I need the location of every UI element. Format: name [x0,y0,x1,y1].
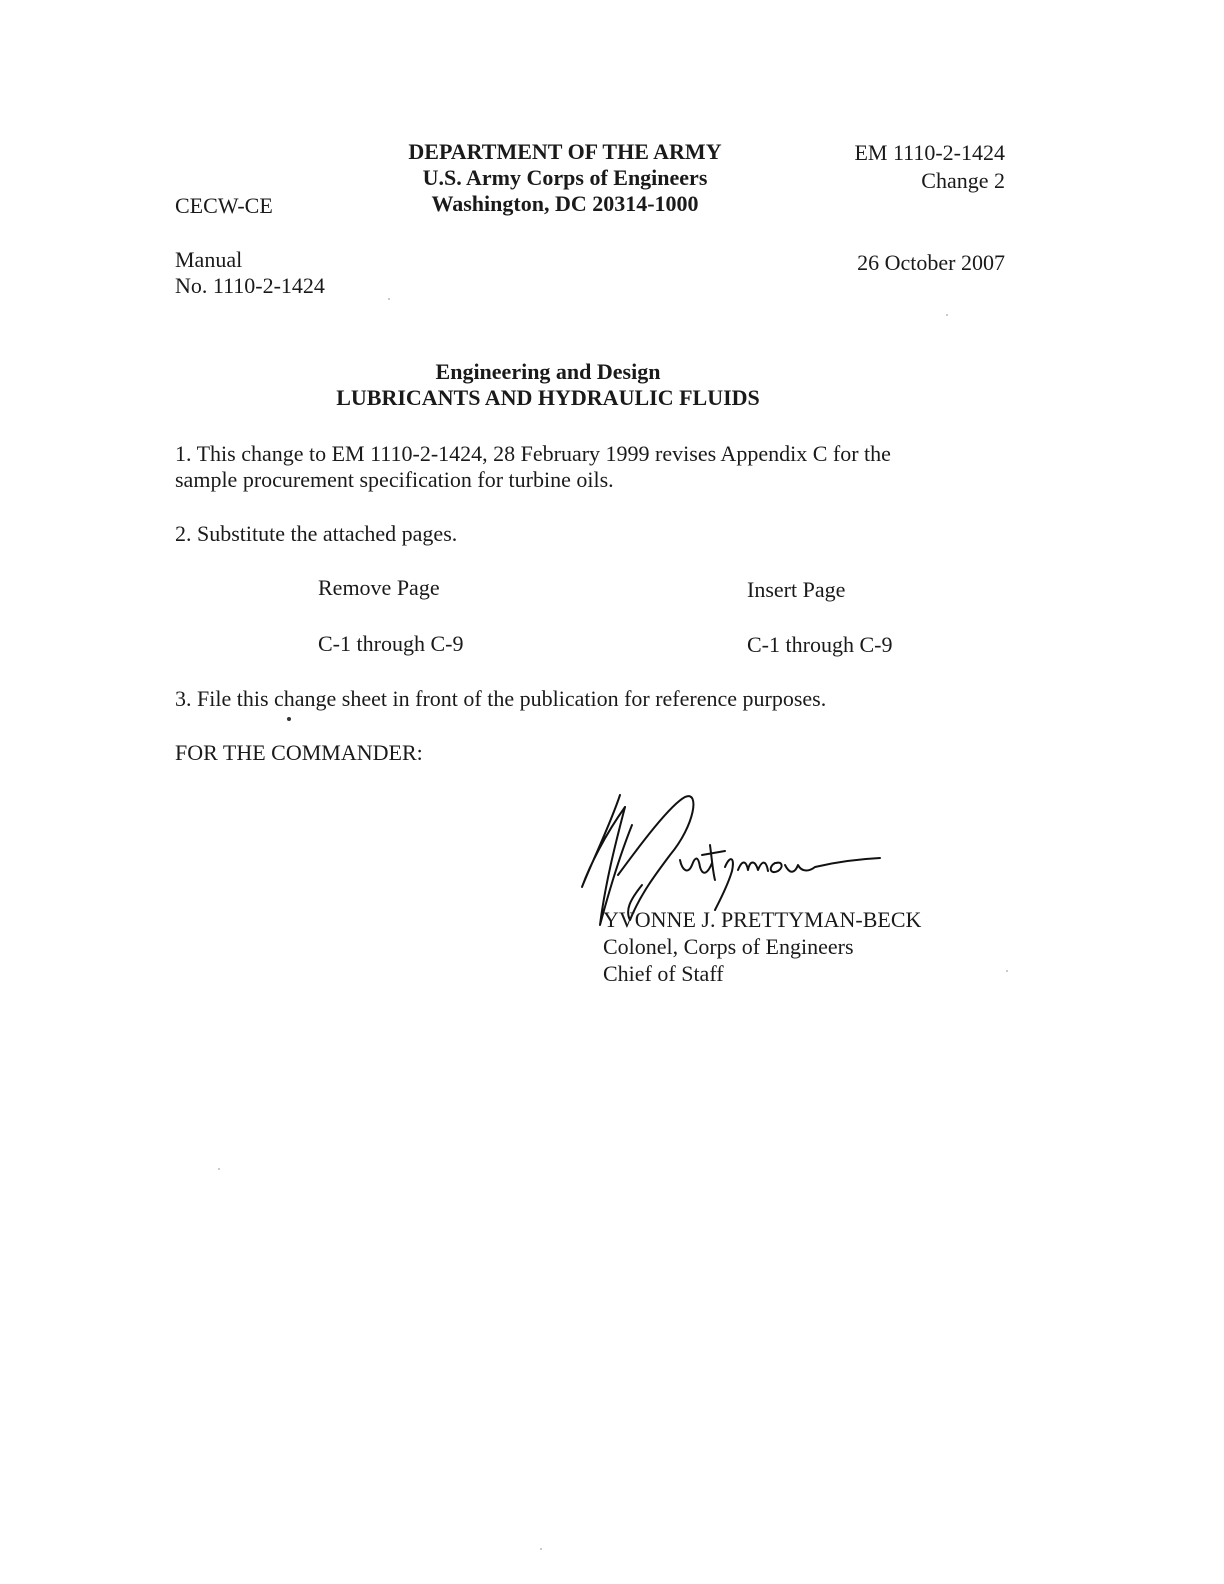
paragraph-2: 2. Substitute the attached pages. [175,521,457,547]
scan-speck [1006,970,1008,972]
scan-speck [540,1548,542,1550]
doc-number: EM 1110-2-1424 [780,139,1005,167]
closing-line: FOR THE COMMANDER: [175,740,423,766]
signature-block: YVONNE J. PRETTYMAN-BECK Colonel, Corps … [603,906,921,987]
manual-number: No. 1110-2-1424 [175,273,325,299]
manual-label: Manual [175,247,325,273]
remove-page-header: Remove Page [318,575,440,601]
org-line-address: Washington, DC 20314-1000 [370,191,760,217]
scan-speck [218,1168,220,1170]
title-subtitle: Engineering and Design [248,359,848,385]
paragraph-1: 1. This change to EM 1110-2-1424, 28 Feb… [175,441,891,493]
scan-speck [388,298,390,300]
scan-speck [946,314,948,316]
insert-page-range: C-1 through C-9 [747,632,892,658]
change-number: Change 2 [780,167,1005,195]
paragraph-1-line-2: sample procurement specification for tur… [175,467,891,493]
signer-name: YVONNE J. PRETTYMAN-BECK [603,906,921,933]
org-line-department: DEPARTMENT OF THE ARMY [370,139,760,165]
paragraph-1-line-1: 1. This change to EM 1110-2-1424, 28 Feb… [175,441,891,467]
insert-page-header: Insert Page [747,577,845,603]
document-date: 26 October 2007 [780,249,1005,277]
signer-rank: Colonel, Corps of Engineers [603,933,921,960]
document-title: Engineering and Design LUBRICANTS AND HY… [248,359,848,411]
scan-speck [287,717,291,721]
org-line-corps: U.S. Army Corps of Engineers [370,165,760,191]
document-id-block: EM 1110-2-1424 Change 2 [780,139,1005,195]
signer-title: Chief of Staff [603,960,921,987]
organization-header: DEPARTMENT OF THE ARMY U.S. Army Corps o… [370,139,760,217]
office-symbol: CECW-CE [175,193,273,219]
paragraph-3: 3. File this change sheet in front of th… [175,686,826,712]
title-main: LUBRICANTS AND HYDRAULIC FLUIDS [248,385,848,411]
remove-page-range: C-1 through C-9 [318,631,463,657]
manual-number-block: Manual No. 1110-2-1424 [175,247,325,299]
